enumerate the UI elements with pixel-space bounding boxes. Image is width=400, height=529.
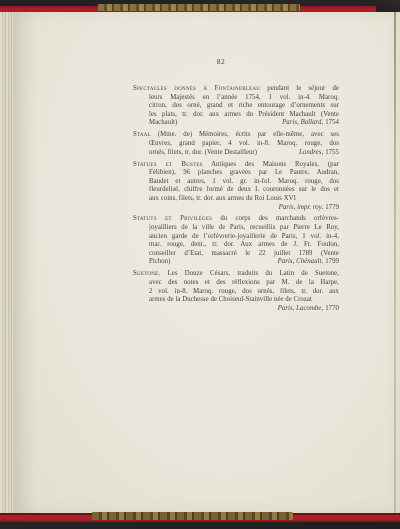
entry-first-line-text: (Mme. de) Mémoires, écrits par elle-même…	[151, 131, 339, 138]
page-number: 82	[118, 57, 324, 66]
entry-last-line-text: Pichon)	[149, 258, 171, 267]
entry-first-line: Staal (Mme. de) Mémoires, écrits par ell…	[133, 131, 339, 140]
imprint-line: Paris, impr. roy.1779	[133, 204, 339, 213]
entry-line: les plats, tr. dor. aux armes du Préside…	[149, 111, 339, 120]
entry-first-line: Statues et Bustes Antiques des Maisons R…	[133, 161, 339, 170]
imprint-place-publisher: Paris, impr. roy.	[279, 204, 324, 211]
entry-line: joyailliers de la ville de Paris, recuei…	[149, 224, 339, 233]
book-photo: 82 Spectacles donnés à Fontainebleau pen…	[0, 0, 400, 529]
entry-line: armes de la Duchesse de Choiseul-Stainvi…	[149, 296, 339, 305]
text-block: 82 Spectacles donnés à Fontainebleau pen…	[133, 57, 339, 317]
entry-line: citron, dos orné, grand et riche entoura…	[149, 102, 339, 111]
entry-first-line-text: pendant le séjour de	[260, 85, 339, 92]
entry-headword: Suetone.	[133, 270, 160, 277]
entry-last-line: Pichon)Paris, Chénault,1799	[149, 258, 339, 267]
entry-last-line-text: Machault)	[149, 119, 177, 128]
catalog-entry: Statuts et Privilèges du corps des march…	[133, 215, 339, 267]
page-fore-edges-left	[0, 12, 13, 513]
imprint: Paris, impr. roy.1779	[279, 204, 339, 211]
catalog-entries: Spectacles donnés à Fontainebleau pendan…	[133, 85, 339, 313]
entry-line: Œuvres, grand papier, 4 vol. in-8. Maroq…	[149, 140, 339, 149]
entry-last-line: Machault)Paris, Ballard,1754	[149, 119, 339, 128]
entry-headword: Spectacles donnés à Fontainebleau	[133, 85, 260, 92]
imprint-place-publisher: Paris, Ballard,	[282, 119, 323, 126]
gilt-page-edges-top	[98, 4, 300, 11]
imprint-year: 1779	[325, 204, 339, 211]
imprint-year: 1799	[325, 258, 339, 265]
entry-headword: Statues et Bustes	[133, 161, 203, 168]
entry-line: Félibien), 96 planches gravées par Le Pa…	[149, 169, 339, 178]
entry-first-line-text: du corps des marchands orfèvres-	[212, 215, 339, 222]
catalog-entry: Suetone. Les Douze Césars, traduits du L…	[133, 270, 339, 313]
catalog-entry: Staal (Mme. de) Mémoires, écrits par ell…	[133, 131, 339, 157]
entry-line: mar. rouge, dent., tr. dor. Aux armes de…	[149, 241, 339, 250]
entry-first-line-text: Antiques des Maisons Royales, (par	[203, 161, 339, 168]
book-page: 82 Spectacles donnés à Fontainebleau pen…	[13, 12, 400, 513]
page-gutter-shadow	[13, 12, 41, 513]
imprint: Paris, Ballard,1754	[282, 119, 339, 128]
entry-first-line-text: Les Douze Césars, traduits du Latin de S…	[160, 270, 339, 277]
entry-line: ancien garde de l’orfèvrerie-joyaillerie…	[149, 233, 339, 242]
entry-line: leurs Majestés en l’année 1754, 1 vol. i…	[149, 94, 339, 103]
imprint: Londres,1755	[299, 149, 339, 158]
catalog-entry: Statues et Bustes Antiques des Maisons R…	[133, 161, 339, 213]
entry-line: conseiller d’État, massacré le 22 juille…	[149, 250, 339, 259]
page-edge-right-line	[394, 12, 396, 513]
entry-headword: Statuts et Privilèges	[133, 215, 212, 222]
entry-line: avec des notes et des réflexions par M. …	[149, 279, 339, 288]
imprint-place-publisher: Paris, Lacombe,	[278, 305, 324, 312]
entry-first-line: Statuts et Privilèges du corps des march…	[133, 215, 339, 224]
imprint-line: Paris, Lacombe,1770	[133, 305, 339, 314]
imprint-place-publisher: Londres,	[299, 149, 323, 156]
entry-first-line: Suetone. Les Douze Césars, traduits du L…	[133, 270, 339, 279]
entry-line: fleurdelisé, chiffre formé de deux L cou…	[149, 186, 339, 195]
entry-last-line: ornés, filets, tr. dor. (Vente Destaille…	[149, 149, 339, 158]
imprint-year: 1754	[325, 119, 339, 126]
entry-line: aux coins, filets, tr. dor. aux armes du…	[149, 195, 339, 204]
imprint: Paris, Lacombe,1770	[278, 305, 339, 312]
imprint-year: 1755	[325, 149, 339, 156]
imprint-year: 1770	[325, 305, 339, 312]
imprint: Paris, Chénault,1799	[278, 258, 339, 267]
entry-headword: Staal	[133, 131, 151, 138]
imprint-place-publisher: Paris, Chénault,	[278, 258, 324, 265]
entry-last-line-text: ornés, filets, tr. dor. (Vente Destaille…	[149, 149, 257, 158]
entry-line: 2 vol. in-8. Maroq. rouge, dos ornés, fi…	[149, 288, 339, 297]
catalog-entry: Spectacles donnés à Fontainebleau pendan…	[133, 85, 339, 128]
entry-first-line: Spectacles donnés à Fontainebleau pendan…	[133, 85, 339, 94]
gilt-page-edges-bottom	[92, 512, 293, 520]
entry-line: Baudet et autres, 1 vol. gr. in-fol. Mar…	[149, 178, 339, 187]
